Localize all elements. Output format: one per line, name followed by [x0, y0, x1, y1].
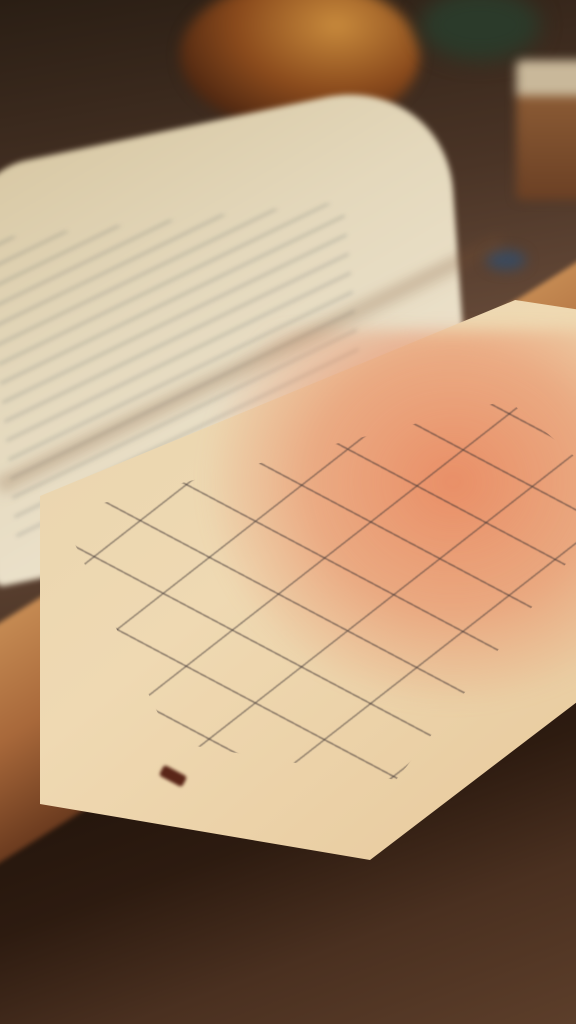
background-green-object [420, 0, 540, 60]
photo-scene [0, 0, 576, 1024]
